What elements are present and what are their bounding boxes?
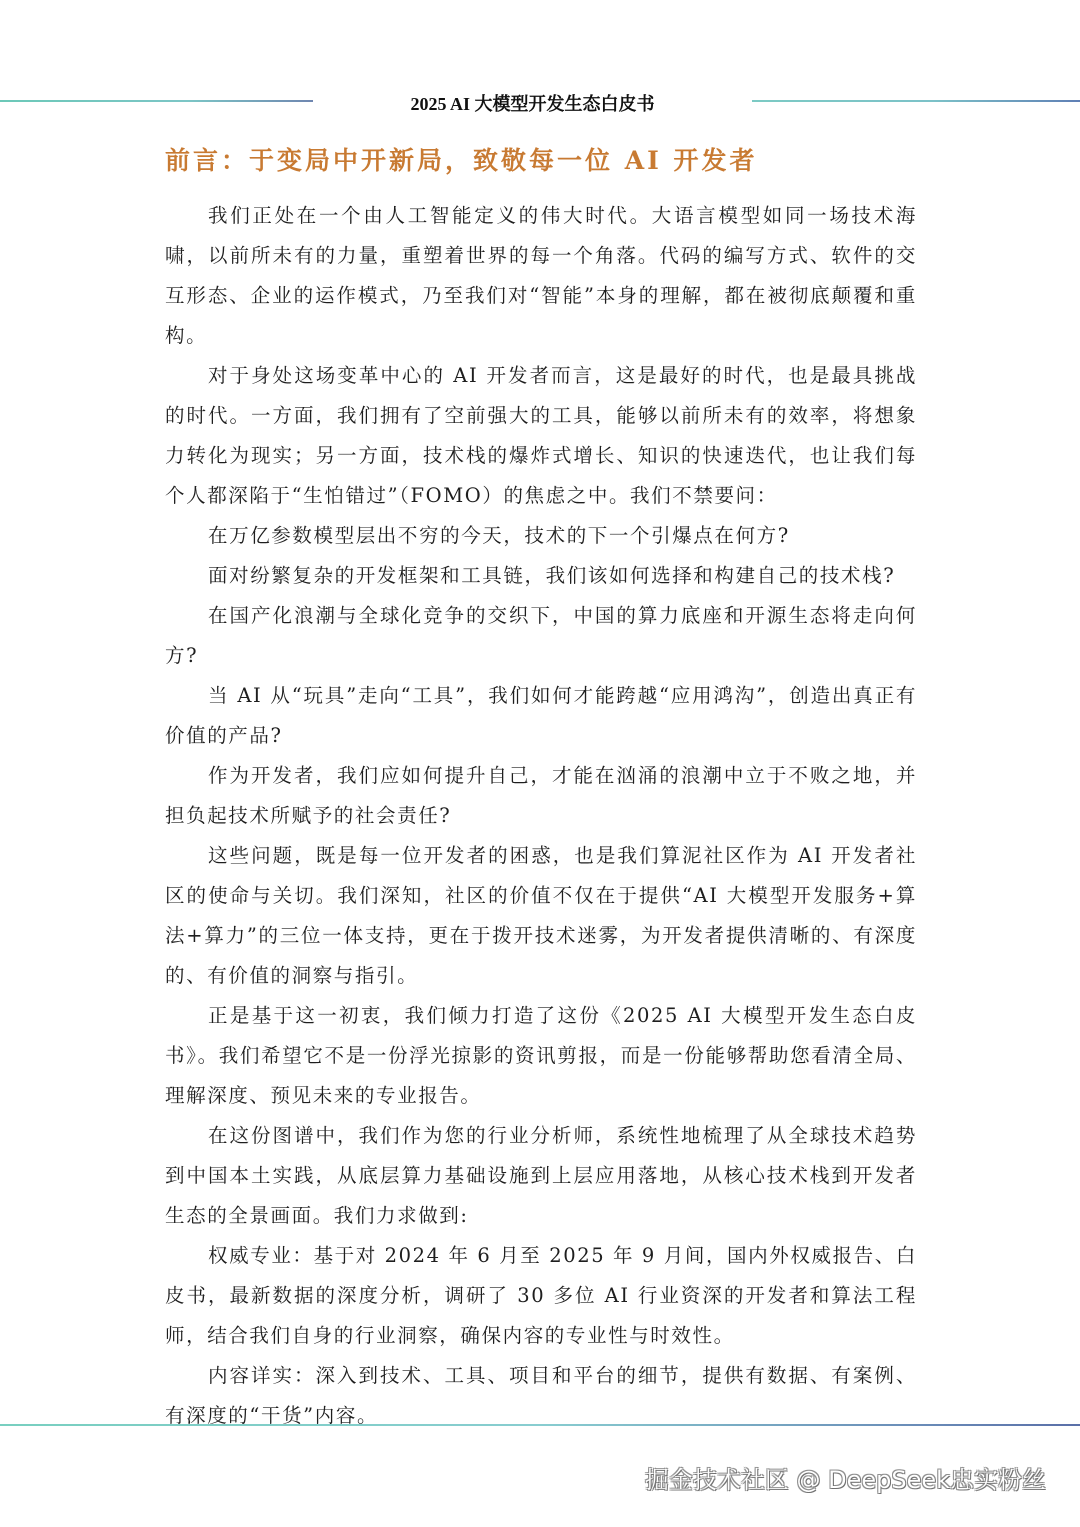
question-item: 在万亿参数模型层出不穷的今天，技术的下一个引爆点在何方? [165,516,917,556]
paragraph: 对于身处这场变革中心的 AI 开发者而言，这是最好的时代，也是最具挑战的时代。一… [165,356,917,516]
header-divider-right [752,100,1080,102]
goal-item: 权威专业：基于对 2024 年 6 月至 2025 年 9 月间，国内外权威报告… [165,1236,917,1356]
preface-body: 我们正处在一个由人工智能定义的伟大时代。大语言模型如同一场技术海啸，以前所未有的… [165,196,917,1436]
paragraph: 这些问题，既是每一位开发者的困惑，也是我们算泥社区作为 AI 开发者社区的使命与… [165,836,917,996]
watermark: 掘金技术社区 @ DeepSeek忠实粉丝 [645,1460,1046,1495]
paragraph: 在这份图谱中，我们作为您的行业分析师，系统性地梳理了从全球技术趋势到中国本土实践… [165,1116,917,1236]
paragraph: 我们正处在一个由人工智能定义的伟大时代。大语言模型如同一场技术海啸，以前所未有的… [165,196,917,356]
question-item: 作为开发者，我们应如何提升自己，才能在汹涌的浪潮中立于不败之地，并担负起技术所赋… [165,756,917,836]
document-header-title: 2025 AI 大模型开发生态白皮书 [313,90,752,116]
header-divider-left [0,100,313,102]
question-item: 面对纷繁复杂的开发框架和工具链，我们该如何选择和构建自己的技术栈? [165,556,917,596]
footer-divider [0,1424,1080,1426]
question-item: 当 AI 从“玩具”走向“工具”，我们如何才能跨越“应用鸿沟”，创造出真正有价值… [165,676,917,756]
section-heading: 前言：于变局中开新局，致敬每一位 AI 开发者 [165,141,758,177]
paragraph: 正是基于这一初衷，我们倾力打造了这份《2025 AI 大模型开发生态白皮书》。我… [165,996,917,1116]
question-item: 在国产化浪潮与全球化竞争的交织下，中国的算力底座和开源生态将走向何方? [165,596,917,676]
